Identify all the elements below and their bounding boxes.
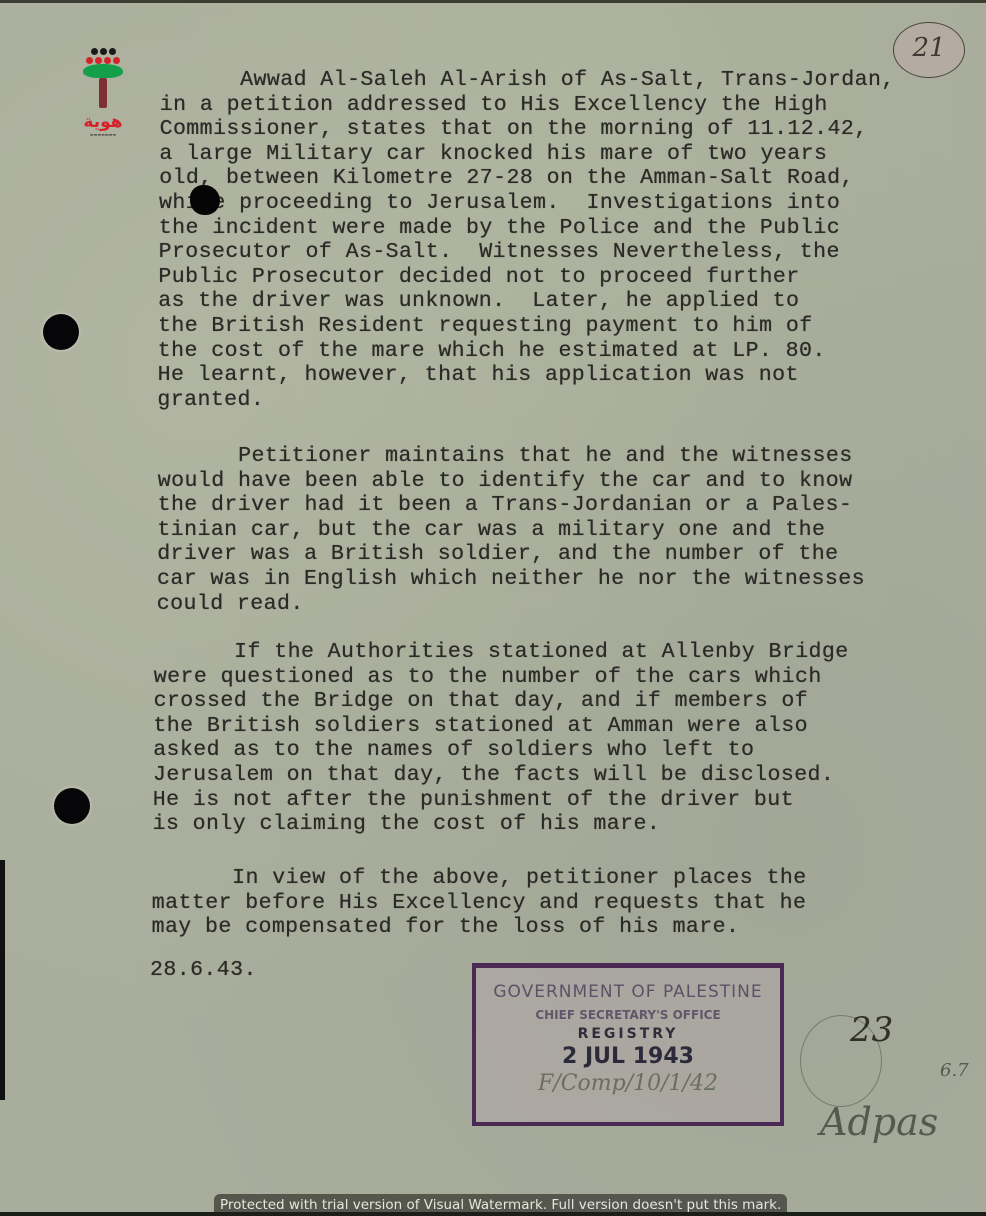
- handwritten-annotations: 23 6.7 Adpas: [790, 990, 970, 1170]
- typed-line: If the Authorities stationed at Allenby …: [154, 640, 849, 664]
- typed-line: car was in English which neither he nor …: [157, 567, 865, 591]
- stamp-line-registry: REGISTRY: [476, 1026, 780, 1042]
- typed-line: the British Resident requesting payment …: [158, 314, 813, 338]
- typed-line: Public Prosecutor decided not to proceed…: [158, 265, 799, 289]
- initials-annotation: 23: [850, 1010, 893, 1050]
- typed-line: asked as to the names of soldiers who le…: [153, 738, 754, 762]
- stamp-line-government: GOVERNMENT OF PALESTINE: [476, 982, 780, 1002]
- logo-subtitle: ▬▬▬▬▬▬▬: [78, 132, 128, 137]
- page-edge-top: [0, 0, 986, 3]
- typed-line: granted.: [157, 388, 264, 412]
- petition-date: 28.6.43.: [150, 958, 257, 982]
- stamp-date: 2 JUL 1943: [476, 1044, 780, 1069]
- typed-line: in a petition addressed to His Excellenc…: [160, 93, 828, 117]
- typed-line: matter before His Excellency and request…: [152, 891, 807, 915]
- typed-line: In view of the above, petitioner places …: [152, 866, 807, 890]
- typed-line: old, between Kilometre 27-28 on the Amma…: [159, 166, 854, 190]
- tree-trunk-icon: [99, 78, 107, 108]
- typed-line: while proceeding to Jerusalem. Investiga…: [159, 191, 840, 215]
- typed-line: driver was a British soldier, and the nu…: [157, 542, 838, 566]
- page-edge-left: [0, 860, 5, 1100]
- typed-line: Commissioner, states that on the morning…: [160, 117, 868, 141]
- typed-line: would have been able to identify the car…: [158, 469, 853, 493]
- logo-text: هوية: [78, 112, 128, 132]
- stamp-line-office: CHIEF SECRETARY'S OFFICE: [476, 1008, 780, 1022]
- typed-line: as the driver was unknown. Later, he app…: [158, 289, 799, 313]
- note-annotation: 6.7: [940, 1060, 969, 1081]
- typed-line: may be compensated for the loss of his m…: [152, 915, 740, 939]
- typed-line: Jerusalem on that day, the facts will be…: [153, 763, 834, 787]
- typed-line: the incident were made by the Police and…: [159, 216, 840, 240]
- punch-hole-icon: [43, 314, 79, 350]
- typed-line: crossed the Bridge on that day, and if m…: [154, 689, 809, 713]
- punch-hole-icon: [54, 788, 90, 824]
- typed-line: a large Military car knocked his mare of…: [159, 142, 827, 166]
- typed-line: the driver had it been a Trans-Jordanian…: [158, 493, 853, 517]
- typed-line: the cost of the mare which he estimated …: [158, 339, 826, 363]
- tree-crown-icon: [83, 64, 123, 78]
- typed-line: Prosecutor of As-Salt. Witnesses Neverth…: [159, 240, 840, 264]
- typed-line: were questioned as to the number of the …: [154, 665, 822, 689]
- people-icon: [78, 48, 128, 55]
- stamp-handwritten-ref: F/Comp/10/1/42: [476, 1071, 780, 1096]
- typed-line: He learnt, however, that his application…: [158, 363, 799, 387]
- archive-logo: هوية ▬▬▬▬▬▬▬: [78, 48, 128, 168]
- ink-blot: [190, 185, 220, 215]
- typed-line: He is not after the punishment of the dr…: [153, 788, 794, 812]
- folio-number: 21: [893, 22, 965, 78]
- signature-annotation: Adpas: [820, 1100, 938, 1144]
- page-edge-bottom: [0, 1212, 986, 1216]
- typed-line: Petitioner maintains that he and the wit…: [158, 444, 853, 468]
- registry-stamp: GOVERNMENT OF PALESTINE CHIEF SECRETARY'…: [472, 963, 784, 1126]
- typed-line: is only claiming the cost of his mare.: [153, 812, 661, 836]
- typed-line: the British soldiers stationed at Amman …: [153, 714, 808, 738]
- typed-line: tinian car, but the car was a military o…: [157, 518, 825, 542]
- typed-line: Awwad Al-Saleh Al-Arish of As-Salt, Tran…: [160, 68, 895, 92]
- typed-line: could read.: [157, 592, 304, 616]
